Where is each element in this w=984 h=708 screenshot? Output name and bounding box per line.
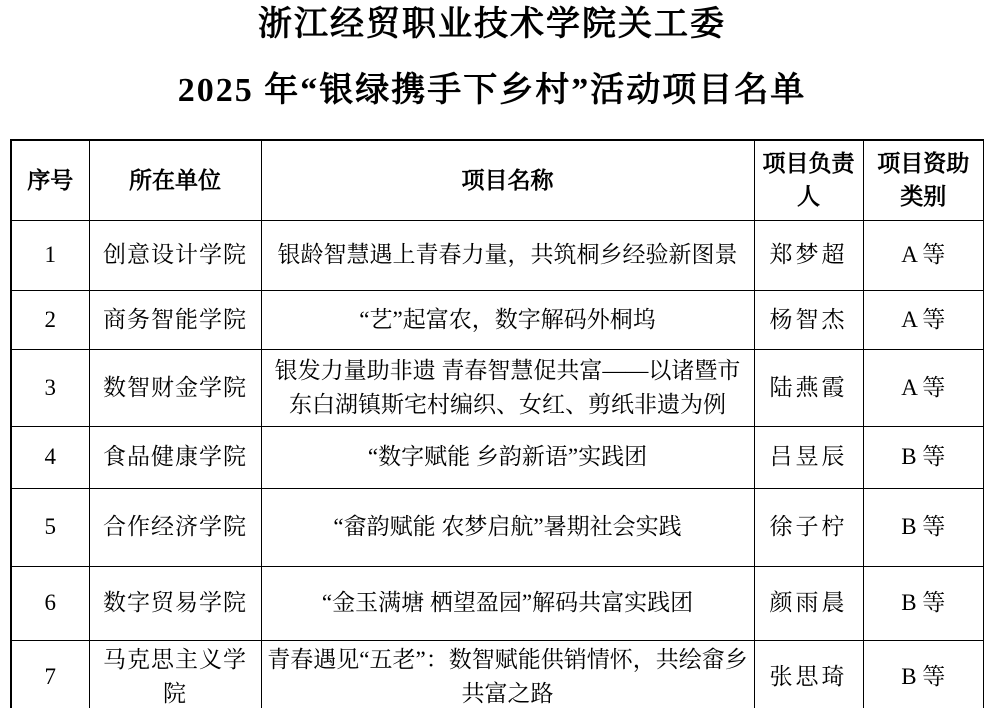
cell-leader: 颜雨晨 — [754, 566, 863, 640]
cell-category: B 等 — [863, 426, 984, 488]
project-list-table: 序号 所在单位 项目名称 项目负责人 项目资助类别 1 创意设计学院 银龄智慧遇… — [10, 139, 984, 708]
cell-category: A 等 — [863, 290, 984, 349]
cell-unit: 创意设计学院 — [89, 220, 261, 290]
cell-project: 青春遇见“五老”：数智赋能供销情怀，共绘畲乡共富之路 — [261, 640, 754, 708]
table-row: 4 食品健康学院 “数字赋能 乡韵新语”实践团 吕昱辰 B 等 — [11, 426, 984, 488]
document-page: 浙江经贸职业技术学院关工委 2025 年“银绿携手下乡村”活动项目名单 序号 所… — [0, 0, 984, 708]
table-row: 5 合作经济学院 “畲韵赋能 农梦启航”暑期社会实践 徐子柠 B 等 — [11, 488, 984, 566]
header-leader: 项目负责人 — [754, 140, 863, 220]
cell-no: 5 — [11, 488, 89, 566]
cell-category: B 等 — [863, 640, 984, 708]
table-row: 3 数智财金学院 银发力量助非遗 青春智慧促共富——以诸暨市东白湖镇斯宅村编织、… — [11, 349, 984, 426]
cell-no: 2 — [11, 290, 89, 349]
cell-category: B 等 — [863, 566, 984, 640]
cell-leader: 张思琦 — [754, 640, 863, 708]
cell-project: “畲韵赋能 农梦启航”暑期社会实践 — [261, 488, 754, 566]
cell-category: A 等 — [863, 349, 984, 426]
table-row: 1 创意设计学院 银龄智慧遇上青春力量，共筑桐乡经验新图景 郑梦超 A 等 — [11, 220, 984, 290]
cell-project: 银发力量助非遗 青春智慧促共富——以诸暨市东白湖镇斯宅村编织、女红、剪纸非遗为例 — [261, 349, 754, 426]
document-title-line1: 浙江经贸职业技术学院关工委 — [0, 0, 984, 45]
table-header-row: 序号 所在单位 项目名称 项目负责人 项目资助类别 — [11, 140, 984, 220]
header-category: 项目资助类别 — [863, 140, 984, 220]
cell-no: 3 — [11, 349, 89, 426]
cell-leader: 陆燕霞 — [754, 349, 863, 426]
cell-unit: 马克思主义学院 — [89, 640, 261, 708]
cell-leader: 郑梦超 — [754, 220, 863, 290]
cell-project: “艺”起富农，数字解码外桐坞 — [261, 290, 754, 349]
header-unit: 所在单位 — [89, 140, 261, 220]
cell-category: B 等 — [863, 488, 984, 566]
cell-unit: 食品健康学院 — [89, 426, 261, 488]
cell-leader: 杨智杰 — [754, 290, 863, 349]
cell-project: “金玉满塘 栖望盈园”解码共富实践团 — [261, 566, 754, 640]
cell-unit: 数智财金学院 — [89, 349, 261, 426]
cell-no: 7 — [11, 640, 89, 708]
cell-unit: 商务智能学院 — [89, 290, 261, 349]
cell-unit: 合作经济学院 — [89, 488, 261, 566]
cell-no: 4 — [11, 426, 89, 488]
cell-leader: 徐子柠 — [754, 488, 863, 566]
cell-unit: 数字贸易学院 — [89, 566, 261, 640]
cell-category: A 等 — [863, 220, 984, 290]
document-title-line2: 2025 年“银绿携手下乡村”活动项目名单 — [0, 71, 984, 111]
table-row: 6 数字贸易学院 “金玉满塘 栖望盈园”解码共富实践团 颜雨晨 B 等 — [11, 566, 984, 640]
table-row: 7 马克思主义学院 青春遇见“五老”：数智赋能供销情怀，共绘畲乡共富之路 张思琦… — [11, 640, 984, 708]
header-no: 序号 — [11, 140, 89, 220]
cell-project: “数字赋能 乡韵新语”实践团 — [261, 426, 754, 488]
table-row: 2 商务智能学院 “艺”起富农，数字解码外桐坞 杨智杰 A 等 — [11, 290, 984, 349]
cell-project: 银龄智慧遇上青春力量，共筑桐乡经验新图景 — [261, 220, 754, 290]
header-project: 项目名称 — [261, 140, 754, 220]
cell-no: 6 — [11, 566, 89, 640]
cell-leader: 吕昱辰 — [754, 426, 863, 488]
cell-no: 1 — [11, 220, 89, 290]
